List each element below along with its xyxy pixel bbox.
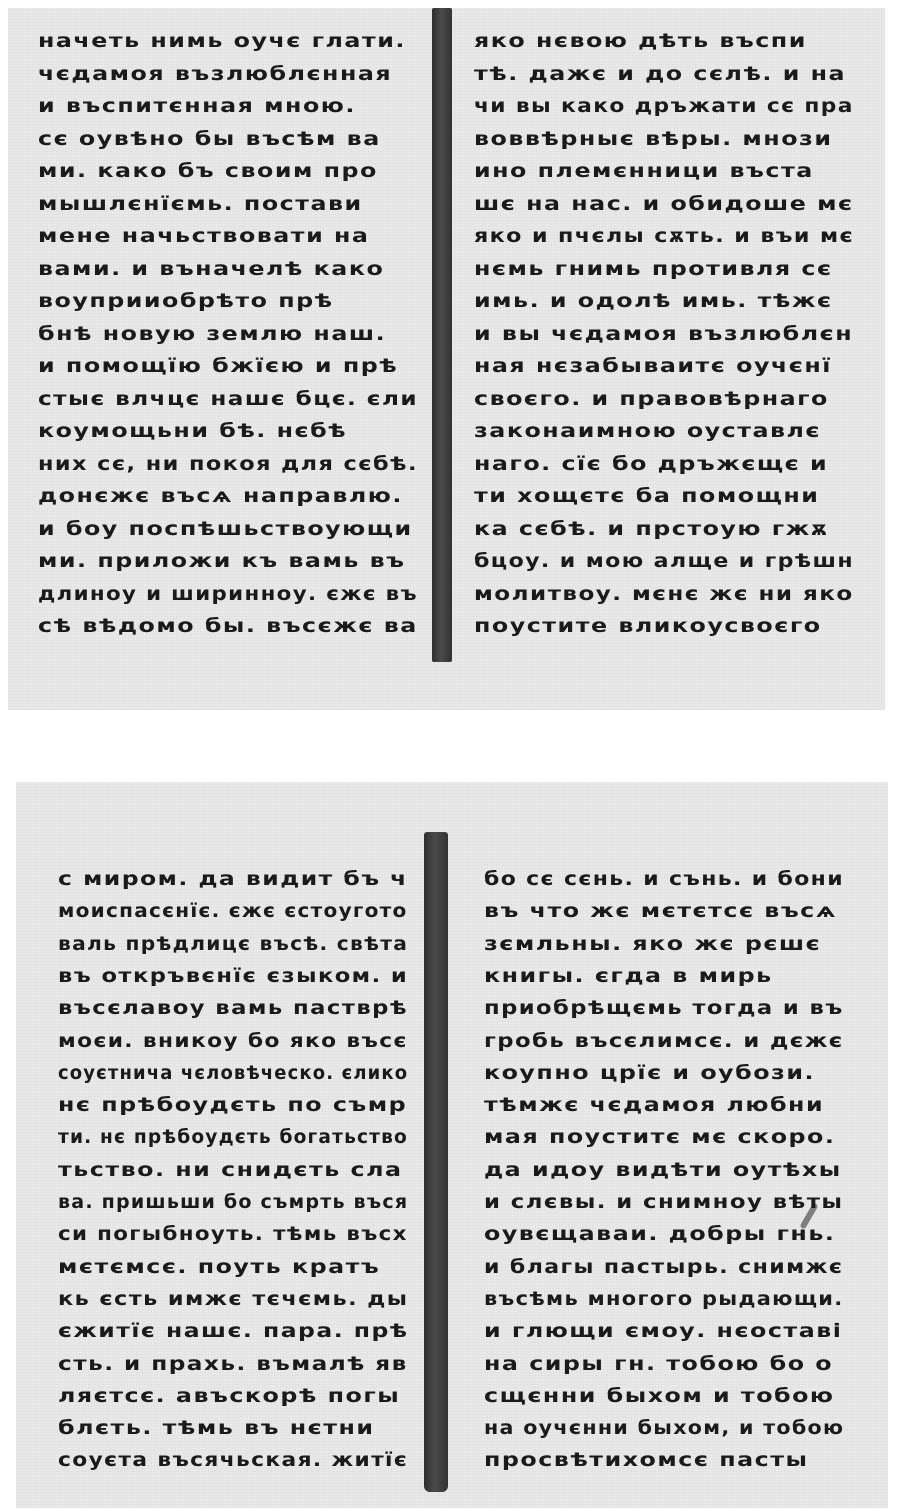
text-line: с миром. да видит бъ ч <box>58 868 408 890</box>
text-line: ляєтсє. авъскорѣ погы <box>58 1385 400 1407</box>
text-line: єжитїє нашє. пара. прѣ <box>58 1320 409 1342</box>
text-line: сть. и прахь. въмалѣ яв <box>58 1353 408 1375</box>
text-line: начеть нимь оучє глати. <box>38 30 406 52</box>
text-line: бо сє сєнь. и сънь. и бони <box>484 868 844 890</box>
text-line: и благы пастырь. снимжє <box>484 1256 843 1278</box>
text-line: донєжє въсѧ направлю. <box>38 485 403 507</box>
text-line: наго. сїє бо дръжєщє и <box>474 453 828 475</box>
text-line: стыє влчцє нашє бцє. єли <box>38 388 418 410</box>
text-line: них сє, ни покоя для сєбѣ. <box>38 453 418 475</box>
text-line: коумощьни бѣ. нєбѣ <box>38 420 347 442</box>
text-line: соуєта въсячьская. житїє <box>58 1449 408 1471</box>
text-line: воввѣрныє вѣры. мнози <box>474 128 832 150</box>
text-line: чєдамоя възлюблєнная <box>38 63 392 85</box>
text-line: законаимною оуставлє <box>474 420 821 442</box>
text-line: ино племєнници въста <box>474 160 814 182</box>
text-line: яко и пчєлы сѫть. и въи мє <box>474 225 854 247</box>
manuscript-plate-2: с миром. да видит бъ ч моиспасєнїє. єжє … <box>16 782 888 1508</box>
text-line: валь прѣдлицє въсѣ. свѣта <box>58 933 408 955</box>
text-line: ти хощєтє ба помощни <box>474 485 819 507</box>
text-line: на сиры гн. тобою бо о <box>484 1353 833 1375</box>
text-line: въсѣмь многого рыдающи. <box>484 1288 844 1310</box>
text-line: длиноу и ширинноу. єжє въ <box>38 583 418 605</box>
text-line: гробь въсєлимсє. и дєжє <box>484 1030 844 1052</box>
text-line: мышлєнїємь. постави <box>38 193 363 215</box>
text-line: шє на нас. и обидоше мє <box>474 193 854 215</box>
text-line: бнѣ новую землю наш. <box>38 323 386 345</box>
text-line: своєго. и правовѣрнаго <box>474 388 829 410</box>
text-line: вами. и въначелѣ како <box>38 258 384 280</box>
text-line: соуєтнича чєловѣческо. єлико <box>58 1062 408 1084</box>
book-gutter <box>432 8 452 662</box>
text-line: ка сєбѣ. и прстоую гжѫ <box>474 518 829 540</box>
text-line: и вы чєдамоя възлюблєн <box>474 323 853 345</box>
text-line: и помощїю бжїєю и прѣ <box>38 355 398 377</box>
text-line: и глющи ємоу. нєоставі <box>484 1320 842 1342</box>
text-line: си погыбноуть. тѣмь въсх <box>58 1223 408 1245</box>
text-line: и слєвы. и снимноу вѣты <box>484 1191 843 1213</box>
text-line: просвѣтихомсє пасты <box>484 1449 808 1471</box>
book-gutter <box>424 832 448 1492</box>
text-line: коупно црїє и оубози. <box>484 1062 815 1084</box>
text-line: и боу поспѣшьствоующи <box>38 518 413 540</box>
text-line: тьство. ни снидєть сла <box>58 1159 403 1181</box>
text-line: книгы. єгда в мирь <box>484 965 773 987</box>
text-line: поустите вликоусвоєго <box>474 615 822 637</box>
text-line: моєи. вникоу бо яко въсє <box>58 1030 408 1052</box>
text-line: тѣмжє чєдамоя любни <box>484 1094 824 1116</box>
text-line: сщєнни быхом и тобою <box>484 1385 835 1407</box>
text-line: нє прѣбоудєть по съмр <box>58 1094 407 1116</box>
text-line: бцоу. и мою алще и грѣшн <box>474 550 854 572</box>
text-line: мая поуститє мє скоро. <box>484 1126 835 1148</box>
text-line: воуприиобрѣто прѣ <box>38 290 334 312</box>
text-line: молитвоу. мєнє жє ни яко <box>474 583 854 605</box>
text-line: нємь гнимь противля сє <box>474 258 833 280</box>
text-line: моиспасєнїє. єжє єстоугото <box>58 900 408 922</box>
text-line: чи вы како дръжати сє пра <box>474 95 854 117</box>
text-line: блєть. тѣмь въ нєтни <box>58 1417 375 1439</box>
text-line: оувєщаваи. добры гнь. <box>484 1223 835 1245</box>
text-line: имь. и одолѣ имь. тѣжє <box>474 290 833 312</box>
text-line: тѣ. дажє и до сєлѣ. и на <box>474 63 846 85</box>
text-line: мєтємсє. поуть кратъ <box>58 1256 380 1278</box>
text-line: въсєлавоу вамь пастврѣ <box>58 997 408 1019</box>
text-line: ти. нє прѣбоудєть богатьство <box>58 1126 408 1148</box>
text-line: сє оувѣно бы въсѣм ва <box>38 128 381 150</box>
manuscript-plate-1: начеть нимь оучє глати. чєдамоя възлюблє… <box>8 8 885 710</box>
text-line: приобрѣщємь тогда и въ <box>484 997 844 1019</box>
text-line: ва. пришьши бо съмрть въся <box>58 1191 408 1213</box>
text-line: въ что жє мєтєтсє въсѧ <box>484 900 837 922</box>
text-line: на оучєнни быхом, и тобою <box>484 1417 844 1439</box>
text-line: и въспитєнная мною. <box>38 95 356 117</box>
text-line: мене начьствовати на <box>38 225 369 247</box>
text-line: ми. како бъ своим про <box>38 160 378 182</box>
text-line: яко нєвою дѣть въспи <box>474 30 807 52</box>
text-line: ми. приложи къ вамь въ <box>38 550 406 572</box>
text-line: зємльны. яко жє рєшє <box>484 933 821 955</box>
text-line: въ откръвєнїє єзыком. и <box>58 965 408 987</box>
text-line: кь єсть имжє тєчємь. ды <box>58 1288 408 1310</box>
text-line: да идоу видѣти оутѣхы <box>484 1159 842 1181</box>
text-line: ная нєзабываитє оучєнї <box>474 355 832 377</box>
text-line: сѣ вѣдомо бы. въсєжє ва <box>38 615 418 637</box>
